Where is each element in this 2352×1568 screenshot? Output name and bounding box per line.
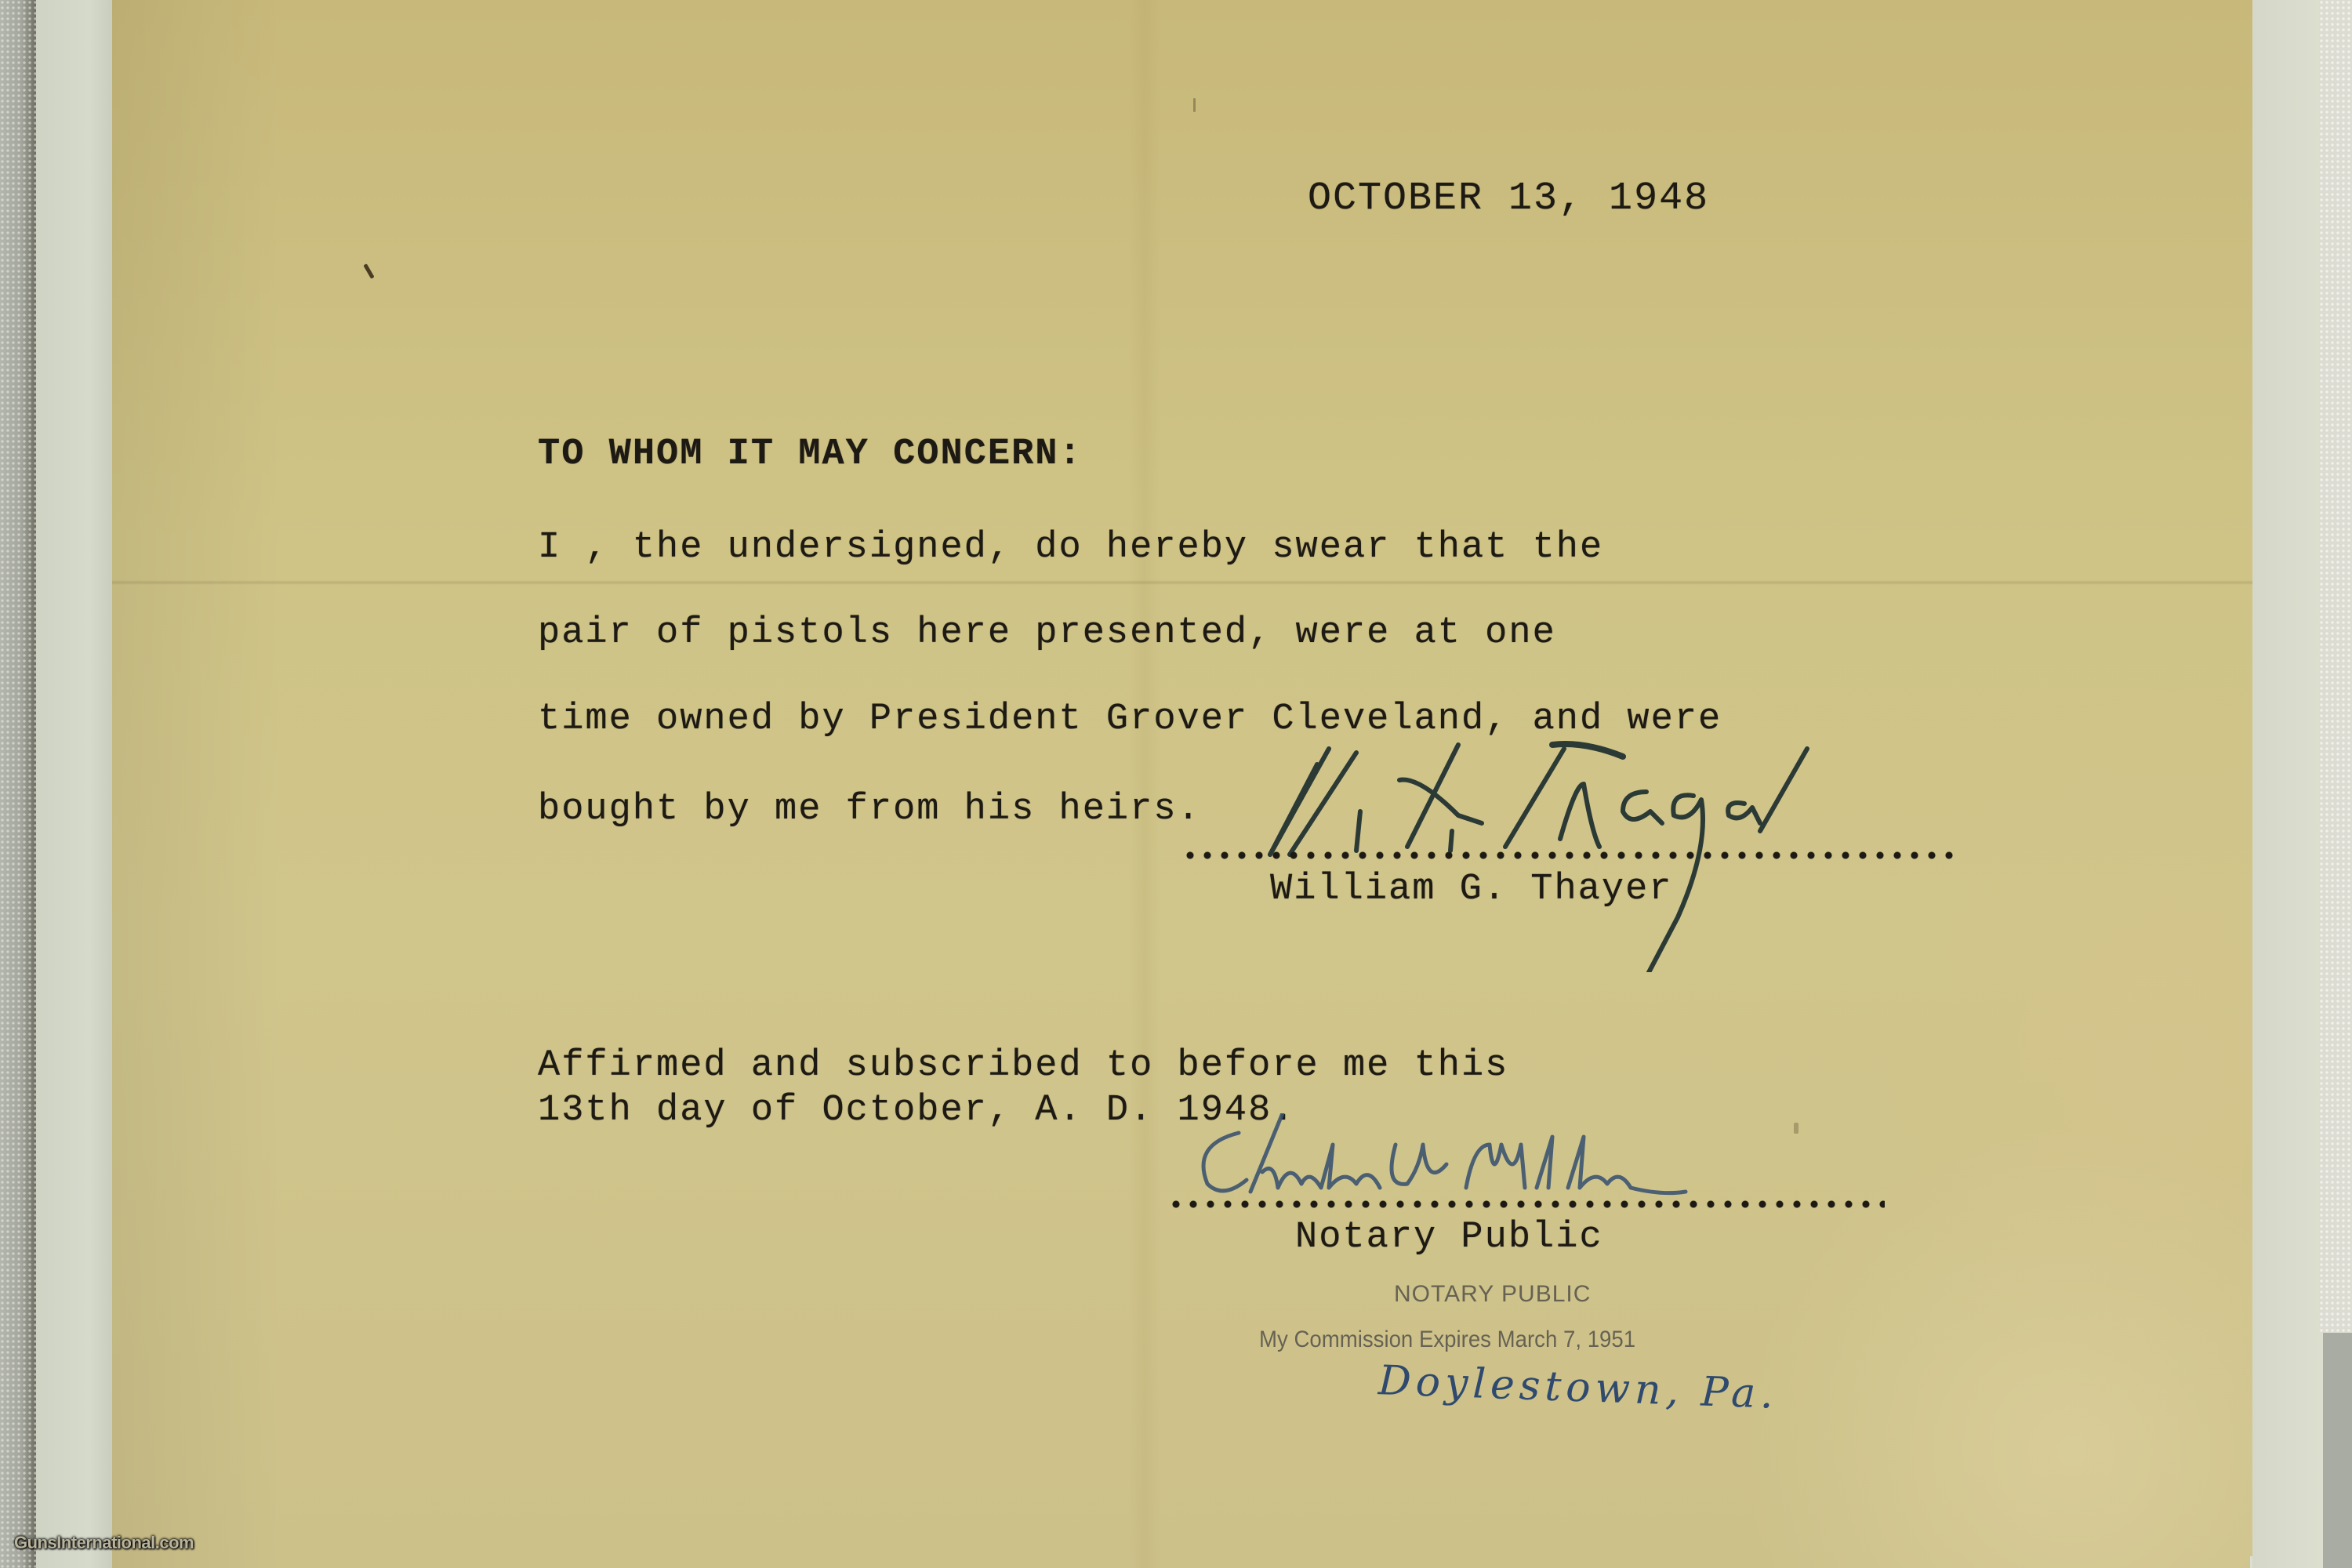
display-fabric-left (0, 0, 36, 1568)
salutation: TO WHOM IT MAY CONCERN: (538, 434, 1083, 475)
body-line: bought by me from his heirs. (538, 789, 1201, 830)
affiant-typed-name: William G. Thayer (1270, 869, 1672, 910)
notary-typed-title: Notary Public (1295, 1217, 1603, 1258)
affiant-signature-line (1185, 851, 1954, 860)
mat-border-left (36, 0, 112, 1568)
paper-corner (2250, 1556, 2252, 1568)
affirmation-line: Affirmed and subscribed to before me thi… (538, 1045, 1508, 1087)
body-line: pair of pistols here presented, were at … (538, 612, 1556, 654)
notary-signature-line (1171, 1200, 1885, 1209)
paper-fold-vertical (1129, 0, 1160, 1568)
paper-speck (1193, 98, 1196, 112)
paper-fold-horizontal (112, 580, 2252, 585)
notary-stamp-title: NOTARY PUBLIC (1394, 1281, 1591, 1308)
letter-date: OCTOBER 13, 1948 (1308, 176, 1709, 221)
body-line: time owned by President Grover Cleveland… (538, 699, 1722, 740)
display-fabric-right (2319, 0, 2352, 1333)
mat-border-right (2252, 0, 2323, 1568)
body-line: I , the undersigned, do hereby swear tha… (538, 527, 1603, 568)
notary-stamp-expiry: My Commission Expires March 7, 1951 (1259, 1327, 1635, 1353)
watermark-logo: GunsInternational.com (14, 1533, 194, 1553)
